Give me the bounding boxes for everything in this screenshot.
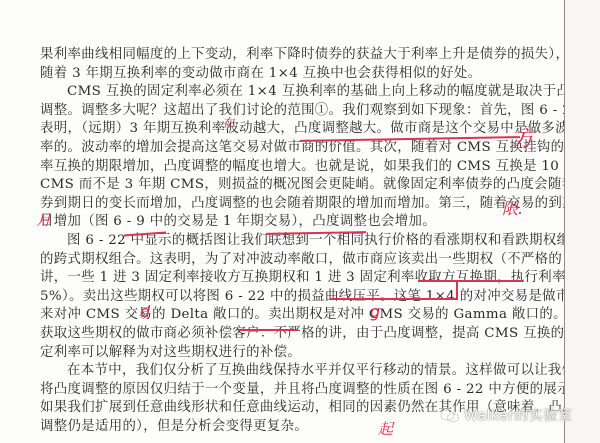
annotation-box-vert xyxy=(456,282,458,300)
body-text: 果利率曲线相同幅度的上下变动，利率下降时债券的获益大于利率上升是债券的损失）， … xyxy=(40,46,543,436)
watermark-text: Walker的实验室 xyxy=(464,408,572,424)
text-line: 的跨式期权组合。这表明，为了对冲波动率敞口，做市商应该卖出一些期权（不严格的 xyxy=(40,251,543,270)
text-line: 率互换的期限增加，凸度调整的幅度也增大。也就是说，如果我们的 CMS 互换是 1… xyxy=(40,158,543,177)
scanned-page: 果利率曲线相同幅度的上下变动，利率下降时债券的获益大于利率上升是债券的损失）， … xyxy=(0,0,564,443)
annotation-inline-d: d xyxy=(140,302,150,321)
wechat-icon xyxy=(440,409,460,423)
text-line: 率的。波动率的增加会提高这笔交易对做市商的价值。其次，随着对 CMS 互换挂钩的… xyxy=(40,139,543,158)
text-line: CMS 而不是 3 年期 CMS，则损益的概况图会更陡峭。就像固定利率债券的凸度… xyxy=(40,176,543,195)
text-line: 获取这些期权的做市商必须补偿客户：不严格的讲，由于凸度调整，提高 CMS 互换的… xyxy=(40,325,543,344)
text-line: 将凸度调整的原因仅归结于一个变量，并且将凸度调整的性质在图 6 - 22 中方便… xyxy=(40,381,543,400)
annotation-below-last: 起 xyxy=(378,418,393,439)
text-line: 果利率曲线相同幅度的上下变动，利率下降时债券的获益大于利率上升是债券的损失）， xyxy=(40,46,543,65)
adjacent-page-strip xyxy=(565,0,600,443)
watermark: Walker的实验室 xyxy=(440,405,572,425)
text-line: 在本节中，我们仅分析了互换曲线保持水平并仅平行移动的情景。这样做可以让我们 xyxy=(40,362,543,381)
text-line: 随着 3 年期互换利率的变动做市商在 1×4 互换中也会获得相似的好处。 xyxy=(40,65,543,84)
text-line: CMS 互换的固定利率必须在 1×4 互换利率的基础上向上移动的幅度就是取决于凸… xyxy=(40,83,543,102)
annotation-underline-rate xyxy=(418,280,522,282)
text-line: 券到期日的变长而增加，凸度调整的也会随着期限的增加而增加。第三，随着交易的到期 xyxy=(40,195,543,214)
annotation-margin-left-10: 月 xyxy=(36,209,51,230)
text-line: 讲，一些 1 进 3 固定利率接收方互换期权和 1 进 3 固定利率收取方互换期… xyxy=(40,269,543,288)
text-line: 日增加（图 6 - 9 中的交易是 1 年期交易），凸度调整也会增加。 xyxy=(40,213,543,232)
text-line: 来对冲 CMS 交易的 Delta 敞口的。卖出期权是对冲 CMS 交易的 Ga… xyxy=(40,306,543,325)
text-line: 定利率可以解释为对这些期权进行的补偿。 xyxy=(40,344,543,363)
annotation-margin-right-2: 限. xyxy=(502,196,523,219)
text-line: 图 6 - 22 中显示的概括图让我们联想到一个相同执行价格的看涨期权和看跌期权… xyxy=(40,232,543,251)
text-line: 5%）。卖出这些期权可以将图 6 - 22 中的损益曲线压平。这笔 1×4 的对… xyxy=(40,288,543,307)
text-line: 调整。调整多大呢？这超出了我们讨论的范围①。我们观察到如下现象：首先，图 6 -… xyxy=(40,102,543,121)
annotation-strike-3 xyxy=(238,329,298,331)
annotation-underline-hedge xyxy=(330,298,458,300)
annotation-inline-g: g xyxy=(370,302,380,321)
annotation-above-line4: 在 xyxy=(222,114,234,131)
annotation-margin-right-1: 方 xyxy=(512,122,534,153)
